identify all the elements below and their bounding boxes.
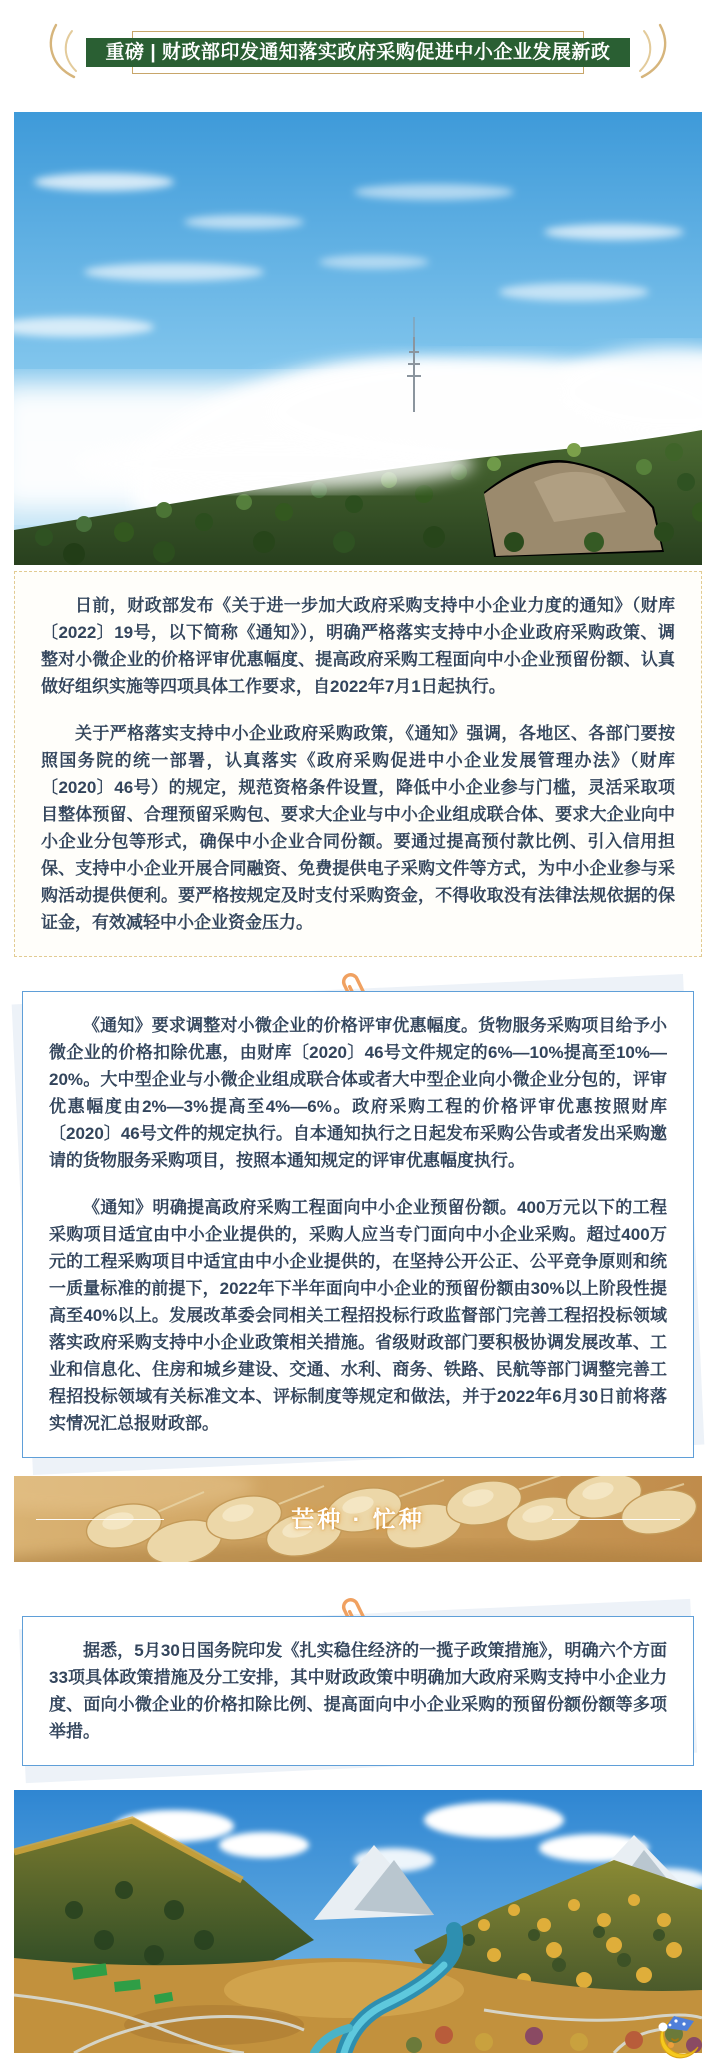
closing-section: 据悉，5月30日国务院印发《扎实稳住经济的一揽子政策措施》，明确六个方面33项具…: [22, 1616, 694, 1766]
notice-section: 《通知》要求调整对小微企业的价格评审优惠幅度。货物服务采购项目给予小微企业的价格…: [22, 991, 694, 1458]
intro-paragraph-1: 日前，财政部发布《关于进一步加大政府采购支持中小企业力度的通知》（财库〔2022…: [41, 592, 675, 700]
intro-section: 日前，财政部发布《关于进一步加大政府采购支持中小企业力度的通知》（财库〔2022…: [14, 571, 702, 957]
sleeping-moon-icon: [652, 2011, 700, 2063]
title-stack: 重磅 | 财政部印发通知落实政府采购促进中小企业发展新政: [86, 38, 631, 67]
closing-paragraph-1: 据悉，5月30日国务院印发《扎实稳住经济的一揽子政策措施》，明确六个方面33项具…: [49, 1637, 667, 1745]
wheat-decoration-right-icon: [636, 23, 676, 81]
article-page: 重磅 | 财政部印发通知落实政府采购促进中小企业发展新政: [0, 0, 716, 2071]
wheat-decoration-left-icon: [40, 23, 80, 81]
intro-paragraph-2: 关于严格落实支持中小企业政府采购政策，《通知》强调，各地区、各部门要按照国务院的…: [41, 720, 675, 936]
notice-section-wrap: 《通知》要求调整对小微企业的价格评审优惠幅度。货物服务采购项目给予小微企业的价格…: [22, 991, 694, 1458]
banner-divider-right: [552, 1519, 680, 1520]
closing-section-wrap: 据悉，5月30日国务院印发《扎实稳住经济的一揽子政策措施》，明确六个方面33项具…: [22, 1616, 694, 1766]
notice-paragraph-2: 《通知》明确提高政府采购工程面向中小企业预留份额。400万元以下的工程采购项目适…: [49, 1194, 667, 1437]
page-title: 重磅 | 财政部印发通知落实政府采购促进中小企业发展新政: [86, 38, 631, 67]
hero-image-graphic: [14, 112, 702, 565]
solar-term-banner[interactable]: 芒种 · 忙种: [14, 1476, 702, 1562]
notice-paragraph-1: 《通知》要求调整对小微企业的价格评审优惠幅度。货物服务采购项目给予小微企业的价格…: [49, 1012, 667, 1174]
banner-divider-left: [36, 1519, 164, 1520]
footer-image[interactable]: [14, 1790, 702, 2053]
article-header: 重磅 | 财政部印发通知落实政府采购促进中小企业发展新政: [0, 12, 716, 92]
hero-image[interactable]: [14, 112, 702, 565]
banner-label: 芒种 · 忙种: [291, 1501, 424, 1534]
footer-image-graphic: [14, 1790, 702, 2053]
